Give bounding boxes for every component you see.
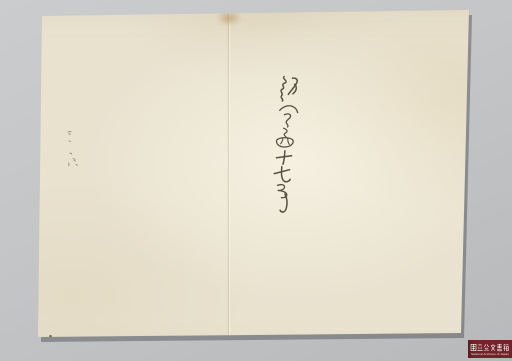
stamp-kanji-glyphs — [470, 343, 510, 352]
faint-ink-marks — [60, 127, 86, 171]
fold-crease — [227, 10, 231, 337]
fold-stain — [216, 10, 242, 26]
paper-sheet: 勅令第四十七号 — [0, 0, 512, 361]
vertical-calligraphy: 勅令第四十七号 — [270, 70, 316, 218]
stamp-subtitle: National Archives of Japan — [471, 353, 509, 356]
photo-background: 勅令第四十七号 — [0, 0, 512, 361]
calligraphy-strokes — [270, 70, 316, 218]
paper-edge-shading — [0, 0, 512, 361]
archives-stamp: 国立公文書館 National Archives of Japan — [468, 340, 512, 358]
faint-marks-strokes — [60, 127, 86, 171]
